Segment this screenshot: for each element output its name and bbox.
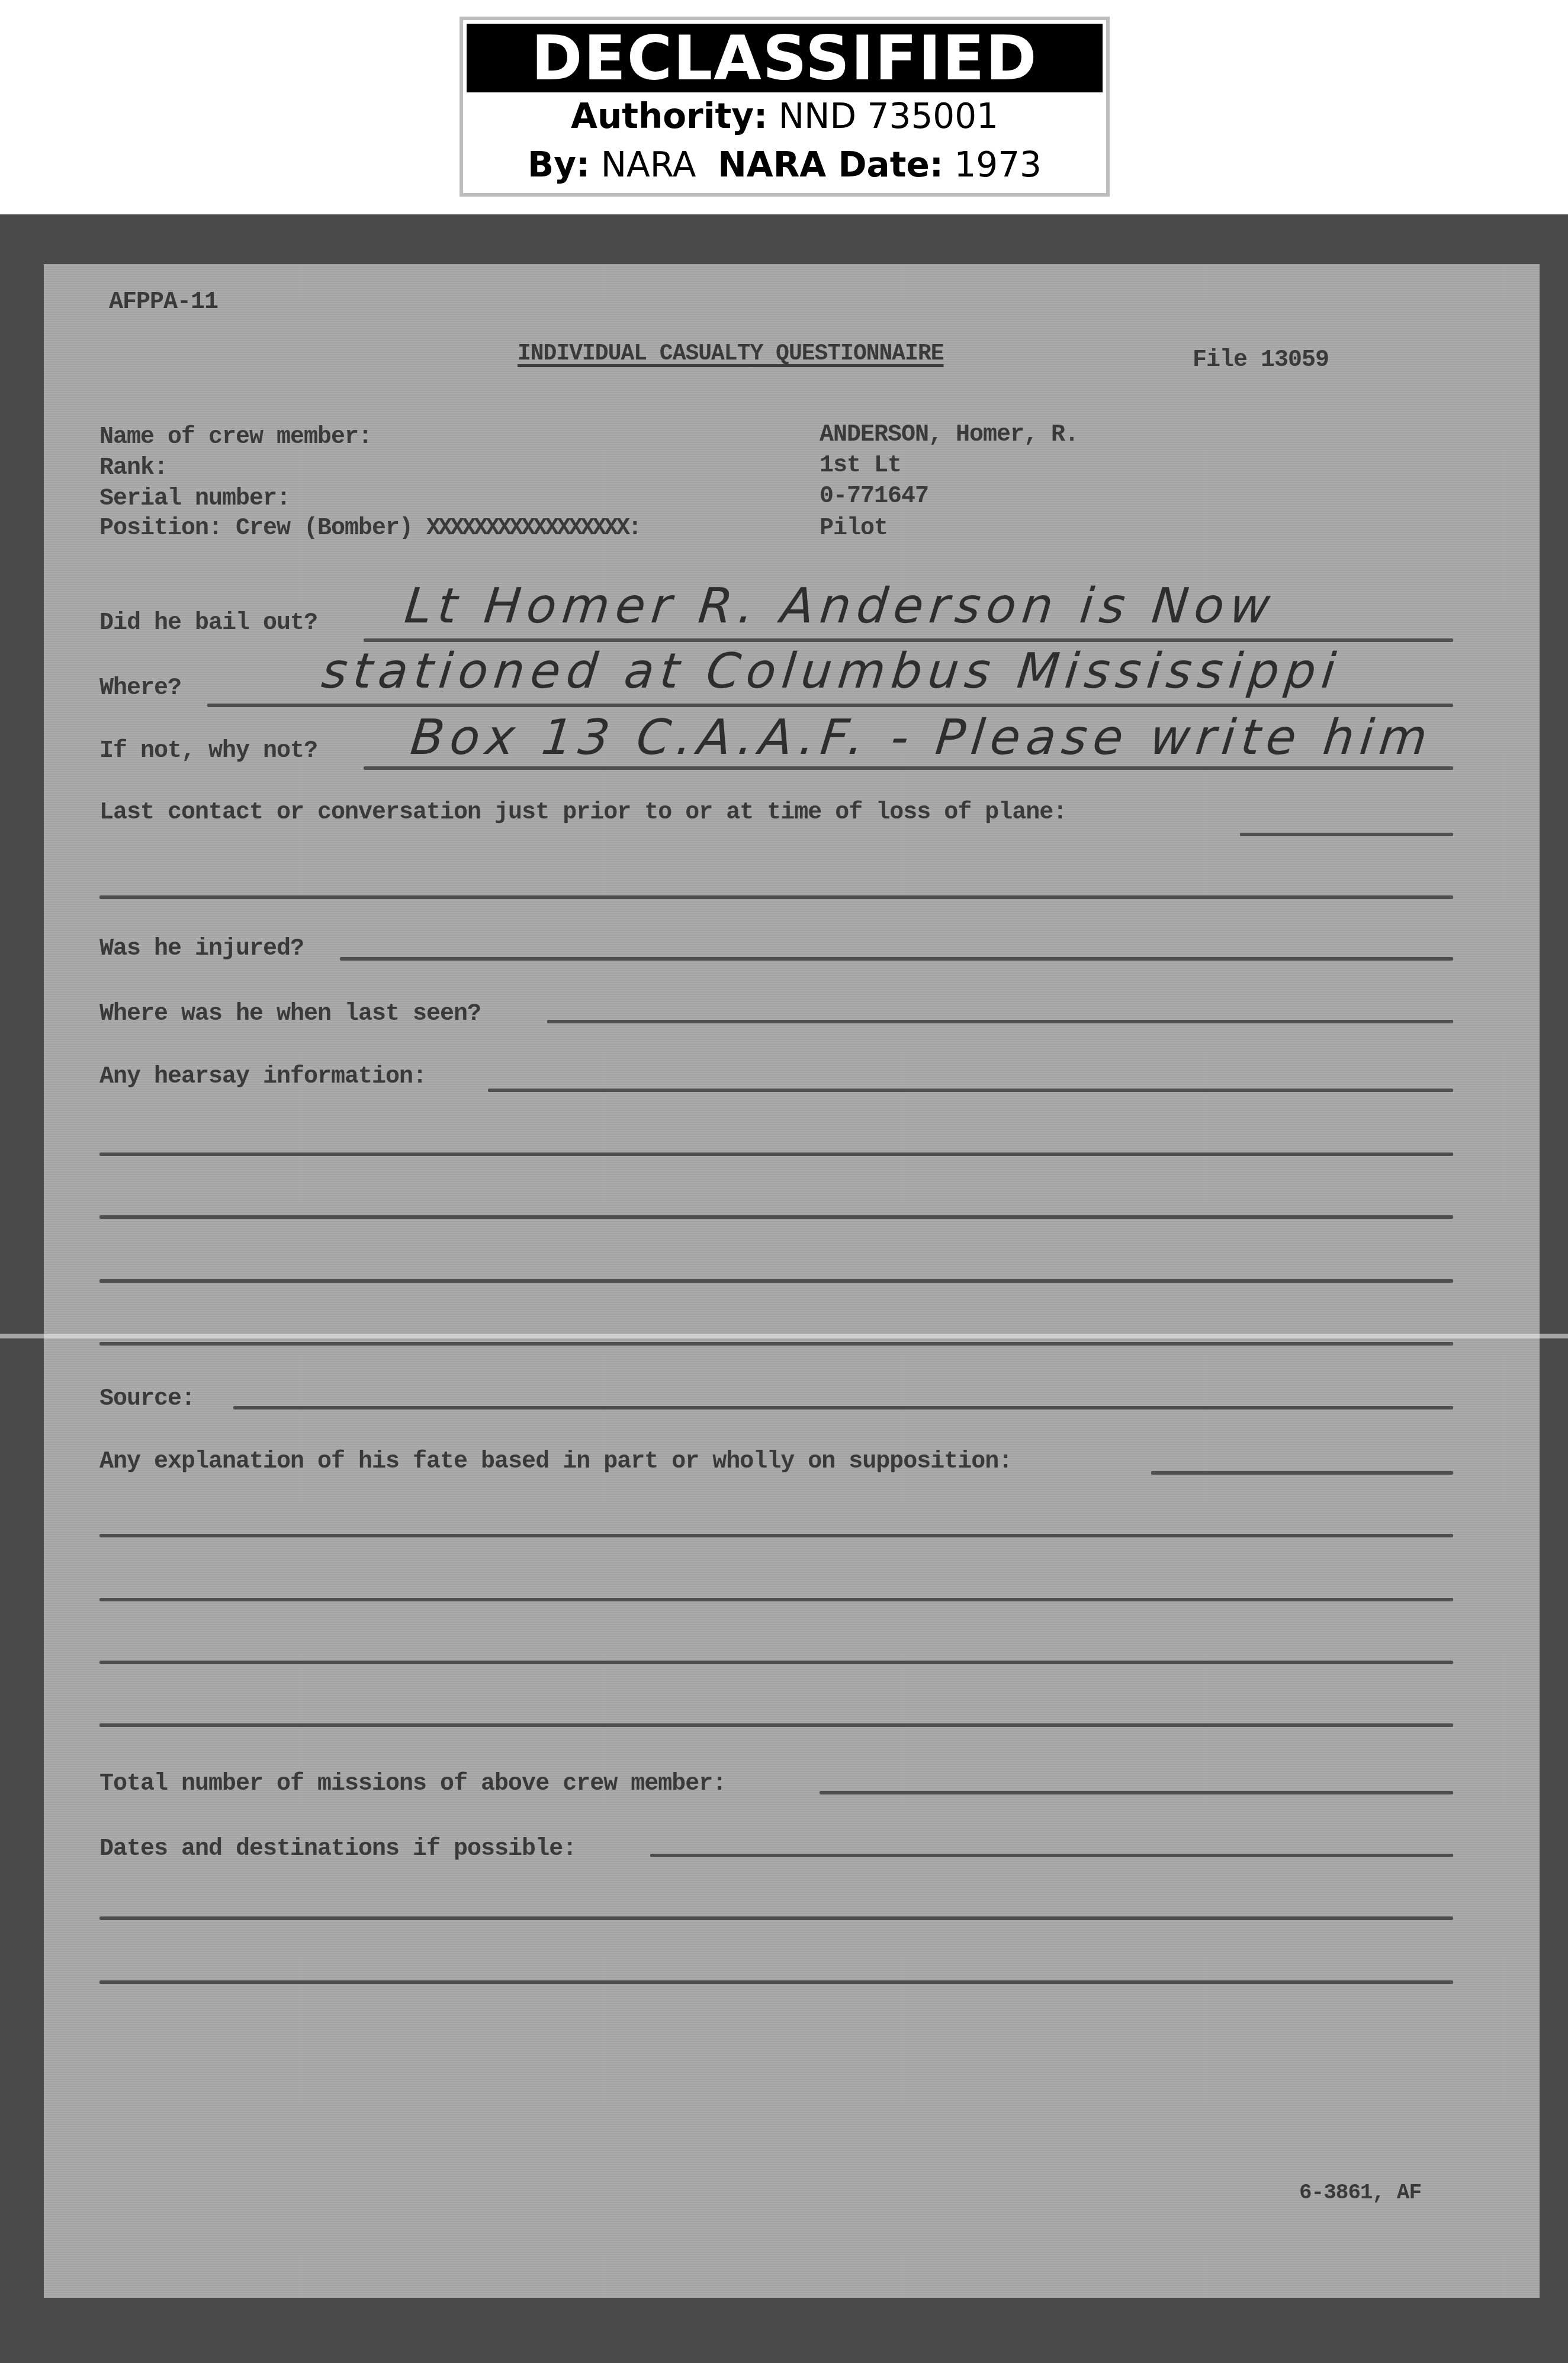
answer-line <box>99 1342 1453 1346</box>
answer-line <box>99 1916 1453 1920</box>
question-bail-out: Did he bail out? <box>99 610 317 637</box>
authority-value: NND 735001 <box>779 96 998 136</box>
question-dates: Dates and destinations if possible: <box>99 1836 576 1863</box>
answer-line <box>1240 833 1453 836</box>
answer-line <box>207 704 1453 707</box>
answer-line <box>99 1598 1453 1601</box>
scanned-film-frame: AFPPA-11 INDIVIDUAL CASUALTY QUESTIONNAI… <box>0 214 1568 2363</box>
field-value: ANDERSON, Homer, R. <box>820 422 1078 448</box>
field-value: Pilot <box>820 515 888 542</box>
by-value: NARA <box>601 145 696 185</box>
answer-line <box>99 1980 1453 1984</box>
question-where: Where? <box>99 675 181 702</box>
stamp-by-date: By: NARA NARA Date: 1973 <box>463 145 1106 185</box>
declassified-stamp: DECLASSIFIED Authority: NND 735001 By: N… <box>460 17 1110 197</box>
field-value: 0-771647 <box>820 483 928 510</box>
handwritten-answer-bail-out: Lt Homer R. Anderson is Now <box>402 578 1278 634</box>
by-label: By: <box>528 145 590 185</box>
handwritten-answer-where: stationed at Columbus Mississippi <box>319 643 1344 699</box>
answer-line <box>1151 1471 1453 1475</box>
field-label: Name of crew member: <box>99 424 372 451</box>
field-label: Rank: <box>99 455 168 481</box>
date-value: 1973 <box>954 145 1042 185</box>
question-hearsay: Any hearsay information: <box>99 1064 426 1090</box>
answer-line <box>99 1723 1453 1727</box>
answer-line <box>340 957 1453 961</box>
answer-line <box>99 1215 1453 1219</box>
answer-line <box>99 1279 1453 1283</box>
question-last-contact: Last contact or conversation just prior … <box>99 800 1066 826</box>
answer-line <box>99 895 1453 899</box>
answer-line <box>99 1534 1453 1537</box>
document-title: INDIVIDUAL CASUALTY QUESTIONNAIRE <box>518 341 944 367</box>
questionnaire-sheet: AFPPA-11 INDIVIDUAL CASUALTY QUESTIONNAI… <box>44 264 1540 2298</box>
question-source: Source: <box>99 1386 195 1412</box>
position-label: Position: Crew (Bomber) XXXXXXXXXXXXXXXX… <box>99 515 641 542</box>
stamp-title: DECLASSIFIED <box>467 24 1103 92</box>
question-last-seen: Where was he when last seen? <box>99 1001 481 1028</box>
answer-line <box>364 766 1453 770</box>
date-label: NARA Date: <box>718 145 943 185</box>
question-if-not: If not, why not? <box>99 738 317 765</box>
form-number: AFPPA-11 <box>109 289 218 316</box>
answer-line <box>488 1089 1453 1092</box>
file-number: File 13059 <box>1193 347 1329 374</box>
answer-line <box>99 1661 1453 1664</box>
answer-line <box>364 638 1453 642</box>
paper-fold-crease <box>0 1334 1568 1338</box>
question-missions: Total number of missions of above crew m… <box>99 1771 726 1797</box>
field-value: 1st Lt <box>820 452 901 479</box>
stamp-authority: Authority: NND 735001 <box>463 96 1106 136</box>
field-label: Serial number: <box>99 486 290 512</box>
answer-line <box>547 1020 1453 1023</box>
footer-form-code: 6-3861, AF <box>1299 2181 1421 2205</box>
answer-line <box>233 1406 1453 1410</box>
redacted-text: XXXXXXXXXXXXXXXXX <box>426 515 628 542</box>
question-explanation: Any explanation of his fate based in par… <box>99 1449 1012 1475</box>
handwritten-answer-if-not: Box 13 C.A.A.F. - Please write him <box>408 709 1436 766</box>
authority-label: Authority: <box>571 96 767 136</box>
answer-line <box>650 1854 1453 1857</box>
question-injured: Was he injured? <box>99 936 304 962</box>
answer-line <box>820 1791 1453 1794</box>
answer-line <box>99 1152 1453 1156</box>
